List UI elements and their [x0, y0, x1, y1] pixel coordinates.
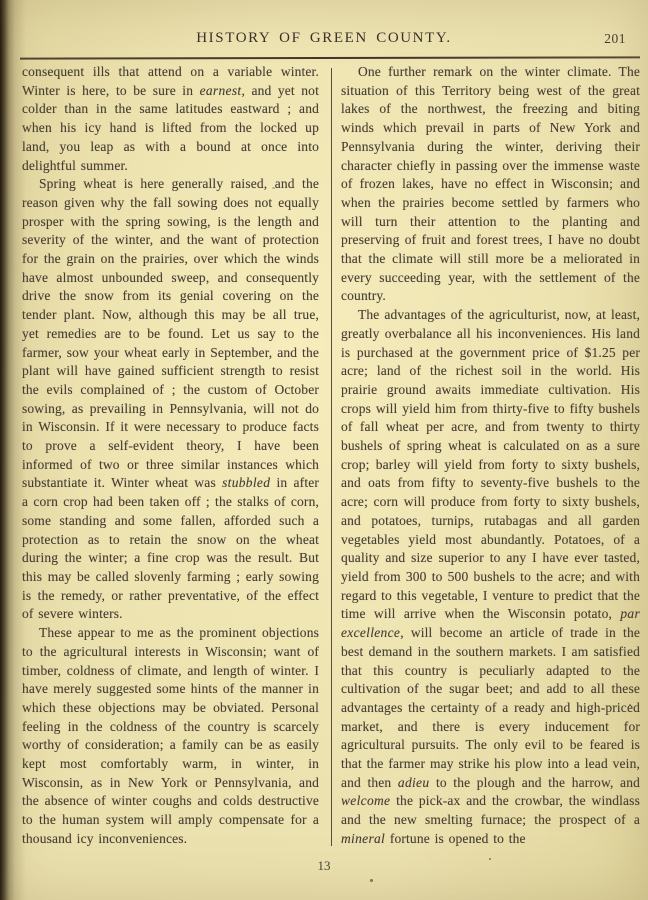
- italic-text-run: adieu: [398, 775, 430, 790]
- left-text-column: consequent ills that attend on a variabl…: [22, 63, 319, 849]
- italic-text-run: earnest: [200, 83, 242, 98]
- text-run: , will become an article of trade in the…: [341, 625, 640, 790]
- paragraph: These appear to me as the prominent obje…: [22, 624, 319, 848]
- text-run: Spring wheat is here generally raised, a…: [22, 176, 319, 490]
- paragraph: One further remark on the winter climate…: [341, 63, 640, 306]
- italic-text-run: stubbled: [222, 475, 270, 490]
- text-run: These appear to me as the prominent obje…: [22, 625, 319, 846]
- text-run: fortune is opened to the: [385, 831, 526, 846]
- text-run: The advantages of the agriculturist, now…: [341, 307, 640, 621]
- paragraph: consequent ills that attend on a variabl…: [22, 63, 319, 175]
- text-run: to the plough and the harrow, and: [429, 775, 640, 790]
- paragraph: Spring wheat is here generally raised, a…: [22, 175, 319, 624]
- page-number: 201: [604, 31, 626, 47]
- page-title: HISTORY OF GREEN COUNTY.: [0, 30, 648, 47]
- italic-text-run: welcome: [341, 793, 390, 808]
- text-run: in after a corn crop had been taken off …: [22, 475, 319, 621]
- column-divider-rule: [331, 68, 332, 846]
- header-rule: [20, 56, 640, 59]
- right-text-column: One further remark on the winter climate…: [341, 63, 640, 849]
- paragraph: The advantages of the agriculturist, now…: [341, 306, 640, 848]
- signature-mark: 13: [312, 858, 336, 874]
- text-run: One further remark on the winter climate…: [341, 64, 640, 303]
- ink-speck: [370, 879, 373, 882]
- ink-speck: [489, 858, 491, 860]
- italic-text-run: mineral: [341, 831, 385, 846]
- running-head: HISTORY OF GREEN COUNTY. 201: [0, 30, 648, 52]
- book-page: HISTORY OF GREEN COUNTY. 201 consequent …: [0, 0, 648, 900]
